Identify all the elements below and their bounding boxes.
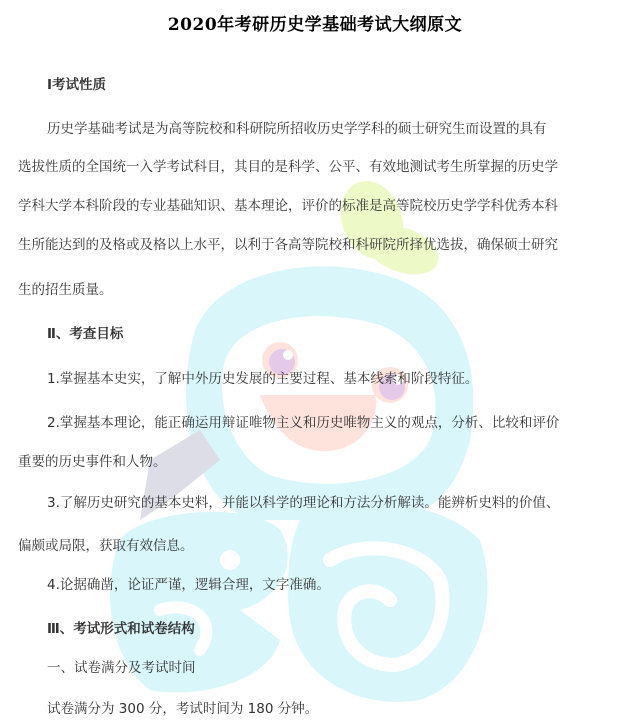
objective-item-3-cont: 偏颇或局限，获取有效信息。 (18, 534, 194, 554)
subheading-score-time: 一、试卷满分及考试时间 (47, 656, 196, 676)
leaf-icon (330, 172, 445, 284)
paragraph-line: 学科大学本科阶段的专业基础知识、基本理论，评价的标准是高等院校历史学学科优秀本科 (18, 194, 558, 214)
score-time-text: 试卷满分为 300 分，考试时间为 180 分钟。 (47, 697, 318, 717)
objective-item-2: 2.掌握基本理论，能正确运用辩证唯物主义和历史唯物主义的观点，分析、比较和评价 (47, 411, 559, 431)
objective-item-4: 4.论据确凿，论证严谨，逻辑合理，文字准确。 (47, 573, 330, 593)
page-title: 2020年考研历史学基础考试大纲原文 (0, 10, 630, 35)
paragraph-line: 历史学基础考试是为高等院校和科研院所招收历史学学科的硕士研究生而设置的具有 (47, 117, 547, 137)
paragraph-line: 生所能达到的及格或及格以上水平，以利于各高等院校和科研院所择优选拔，确保硕士研究 (18, 233, 558, 253)
paragraph-line: 生的招生质量。 (18, 278, 113, 298)
paragraph-line: 选拔性质的全国统一入学考试科目，其目的是科学、公平、有效地测试考生所掌握的历史学 (18, 155, 558, 175)
mascot-head-icon (186, 266, 473, 520)
objective-item-3: 3.了解历史研究的基本史料，并能以科学的理论和方法分析解读。能辨析史料的价值、 (47, 491, 559, 511)
section-heading-objectives: Ⅱ、考查目标 (47, 322, 123, 342)
section-heading-format: Ⅲ、考试形式和试卷结构 (47, 617, 195, 637)
mascot-watermark (0, 0, 630, 721)
objective-item-2-cont: 重要的历史事件和人物。 (18, 450, 167, 470)
section-heading-nature: Ⅰ考试性质 (47, 73, 106, 93)
objective-item-1: 1.掌握基本史实，了解中外历史发展的主要过程、基本线索和阶段特征。 (47, 367, 478, 387)
